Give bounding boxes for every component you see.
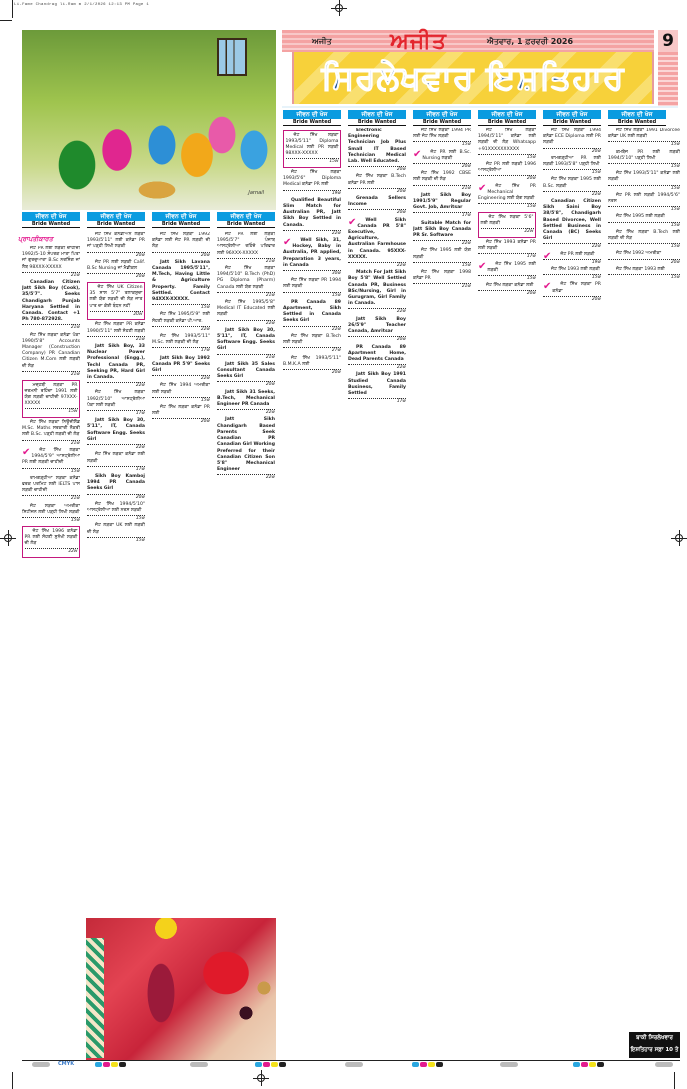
ad-text: ਜੱਟ ਸਿੱਖ ਲੜਕਾ 1993 ਲਈ — [608, 267, 680, 273]
classified-ad: Qualified Beautiful Slim Match for Austr… — [283, 198, 341, 237]
classified-ad: Canadian Citizen Sikh Saini Boy 38/5'8",… — [543, 199, 601, 251]
ad-code: 17w — [348, 398, 406, 405]
ad-code: 22w — [543, 191, 601, 198]
ad-text: ਜੱਟ ਸਿੱਖ PR Mechanical Engineering ਲਈ ਯੋ… — [478, 184, 536, 203]
checkmark-icon: ✔ — [348, 218, 356, 227]
ad-code: 21w — [22, 272, 80, 279]
column-header: ਜੀਵਨ ਦੀ ਖੋਜBride Wanted — [87, 212, 145, 228]
classified-ad: ਜੱਟ ਸਿੱਖ 1993/5'11" B.M.K.A ਲਈ20w — [283, 356, 341, 377]
classified-ad: Jatt Sikh Boy, 33 Nuclear Power Professi… — [87, 344, 145, 389]
ad-code: 17w — [478, 253, 536, 260]
classified-ad: ਰਾਮਗੜ੍ਹੀਆ ਲੜਕਾ ਕਨੇਡਾ ਵਰਕ ਪਰਮਿਟ ਲਈ IELTS … — [22, 476, 80, 503]
ad-text: ਜੱਟ ਸਿੱਖ 1993 ਕਨੇਡਾ PR ਲਈ ਲੜਕੀ — [478, 240, 536, 252]
ad-code: 20w — [413, 163, 471, 170]
ad-text: ਜੱਟ ਸਿੱਖ ਲੜਕਾ B.Tech ਕਨੇਡਾ PR ਲਈ — [348, 174, 406, 186]
ad-text: Jatt Sikh Boy 1991/5'9" Regular Govt. Jo… — [413, 193, 471, 212]
ad-code: 17w — [152, 347, 210, 354]
ad-text: Jatt Sikh 31 Seeks, B.Tech, Mechanical E… — [217, 390, 275, 409]
ad-text: ਜੱਟ PR ਲਈ ਲੜਕੀ 1994/5'6" ਨਰਸ — [608, 193, 680, 205]
ad-code: 15w — [543, 274, 601, 281]
ad-code: 22w — [543, 243, 601, 250]
ad-code: 15w — [152, 304, 210, 311]
ad-column-3: ਜੱਟ ਸਿੱਖ ਲੜਕਾ 1992 ਕਨੇਡਾ ਲਈ ਜੱਟ PR ਲੜਕੀ … — [152, 232, 210, 916]
ad-code: 22w — [348, 308, 406, 315]
classified-ad: ਜੱਟ ਸਿੱਖ 1995/5'9" ਲਈ ਸੋਹਣੀ ਲੜਕੀ ਕਨੇਡਾ ਪ… — [152, 312, 210, 333]
ad-text: ਜੱਟ ਸਿੱਖ ਲੜਕਾ B.Tech ਲਈ ਲੜਕੀ — [283, 334, 341, 346]
ad-code: 15w — [25, 408, 78, 415]
ad-text: Jatt Sikh Boy 26/5'9" Teacher Canada, Am… — [348, 317, 406, 336]
ad-text: Electronic Engineering Technician Job Pl… — [348, 128, 406, 165]
classified-ad: ਜੱਟ ਲੜਕਾ UK ਲਈ ਲੜਕੀ ਦੀ ਲੋੜ15w — [87, 523, 145, 544]
ad-code: 15w — [543, 169, 601, 176]
ad-text: ਜੱਟ ਸਿੱਖ ਲੜਕਾ ਕਨੇਡਾ ਲਈ ਲੜਕੀ — [87, 452, 145, 464]
classified-ad: ਜੱਟ ਸਿੱਖ ਲੜਕਾ 1995 ਲਈ B.Sc. ਲੜਕੀ22w — [543, 177, 601, 198]
classified-ad: ਜੱਟ ਸਿੱਖ ਲੜਕਾ ਕਨੇਡਾ ਪੱਕਾ 1990/5'8" Accou… — [22, 333, 80, 378]
classified-ad: ਜੱਟ ਸਿੱਖ 1993/5'11" ਕਨੇਡਾ ਲਈ ਲੜਕੀ15w — [608, 171, 680, 192]
ad-text: ਜੱਟ ਸਿੱਖ 1994/5'10" ਆਸਟ੍ਰੇਲੀਆ ਲਈ ਨਰਸ ਲੜਕ… — [87, 502, 145, 514]
column-header: ਜੀਵਨ ਦੀ ਖੋਜBride Wanted — [22, 212, 80, 228]
ad-column-9: ਜੱਟ ਸਿੱਖ ਲੜਕਾ 1994 ਕਨੇਡਾ ECE Diploma ਲਈ … — [543, 128, 601, 1058]
ad-text: ਜੱਟ ਸਿੱਖ ਲੜਕਾ PR 1994 ਲਈ ਲੜਕੀ — [283, 278, 341, 290]
ad-text: ਜੱਟ ਸਿੱਖ ਲੜਕਾ 1993/5'11" Diploma Medical… — [286, 133, 339, 158]
classified-ad: ਜੱਟ ਸਿੱਖ 1996 ਕਨੇਡਾ PR ਲਈ ਸੋਹਣੀ ਸੁਨੱਖੀ ਲ… — [22, 526, 80, 558]
column-header: ਜੀਵਨ ਦੀ ਖੋਜBride Wanted — [608, 110, 666, 126]
classified-ad: Jatt Sikh Chandigarh Based Parents Seek … — [217, 417, 275, 481]
classified-ad: Jatt Sikh Lavana Canada 1995/5'11", M.Te… — [152, 260, 210, 312]
ad-text: Match For Jatt Sikh Boy 5'8" Well Settle… — [348, 270, 406, 307]
ad-text: ਕਮਬੋਜ PR ਲਈ ਲੜਕੀ 1994/5'10" ਪੜ੍ਹੀ ਲਿਖੀ — [608, 150, 680, 162]
grey-swatch — [345, 1062, 363, 1067]
classified-ad: Jatt Sikh Boy 1991 Studied Canada Busine… — [348, 372, 406, 405]
ad-text: Qualified Beautiful Slim Match for Austr… — [283, 198, 341, 229]
ad-code: 15w — [478, 154, 536, 161]
classified-ad: ✔ਜੱਟ ਸਿੱਖ ਲੜਕਾ 1994/5'9" ਆਸਟ੍ਰੇਲੀਆ PR ਲਈ… — [22, 448, 80, 475]
column-header: ਜੀਵਨ ਦੀ ਖੋਜBride Wanted — [543, 110, 601, 126]
ad-column-2: ਜੱਟ ਸਿੱਖ ਕਨੇਡੀਅਨ ਲੜਕਾ 1993/5'11" ਲਈ ਕਨੇਡ… — [87, 232, 145, 916]
ad-text: ਜੱਟ ਸਿੱਖ ਲੜਕਾ ਨਿਊਜ਼ੀਲੈਂਡ M.Sc. Maths ਸਰਕ… — [22, 420, 80, 439]
masthead-top-band — [282, 30, 654, 52]
classified-ad: ਜੱਟ PR ਲਈ ਲੜਕੀ 1995/5'7" ਪੰਜਾਬ ਆਸਟ੍ਰੇਲੀਆ… — [217, 232, 275, 265]
classified-ad: ਜੱਟ ਸਿੱਖ 1992 ਅਮਰੀਕਾ20w — [608, 251, 680, 265]
grey-swatch — [190, 1062, 208, 1067]
classified-ad: ਜੱਟ ਸਿੱਖ ਲੜਕਾ B.Tech ਲਈ ਲੜਕੀ27w — [283, 334, 341, 355]
issue-date: ਐਤਵਾਰ, 1 ਫ਼ਰਵਰੀ 2026 — [487, 37, 573, 47]
ad-code: 17w — [87, 410, 145, 417]
checkmark-icon: ✔ — [478, 262, 486, 271]
classified-ad: ਜੱਟ ਸਿੱਖ ਲੜਕਾ 1994 ਕਨੇਡਾ ECE Diploma ਲਈ … — [543, 128, 601, 155]
ad-text: PR Canada 89 Apartment, Sikh Settled in … — [283, 300, 341, 325]
ad-code: 22w — [283, 326, 341, 333]
color-bar — [412, 1062, 443, 1067]
ad-text: PR Canada 89 Apartment Home, Dead Parent… — [348, 345, 406, 364]
footer-rule — [22, 1060, 680, 1061]
ad-code: 15w — [608, 206, 680, 213]
registration-mark-icon — [0, 530, 16, 546]
ad-code: 22w — [348, 364, 406, 371]
ad-code: 15w — [608, 141, 680, 148]
fabric-stripes — [86, 938, 104, 1058]
ad-text: Jatt Sikh Boy 1991 Studied Canada Busine… — [348, 372, 406, 397]
ad-text: ਜੱਟ PR ਲਈ ਲੜਕੀ 1995/5'7" ਪੰਜਾਬ ਆਸਟ੍ਰੇਲੀਆ… — [217, 232, 275, 257]
ad-text: ਰਾਮਗੜ੍ਹੀਆ ਲੜਕਾ ਕਨੇਡਾ ਵਰਕ ਪਰਮਿਟ ਲਈ IELTS … — [22, 476, 80, 495]
classified-ad: ਜੱਟ ਸਿੱਖ ਕਨੇਡੀਅਨ ਲੜਕਾ 1993/5'11" ਲਈ ਕਨੇਡ… — [87, 232, 145, 259]
ad-text: ਜੱਟ ਸਿੱਖ ਲੜਕਾ 1994/5'9" ਆਸਟ੍ਰੇਲੀਆ PR ਲਈ … — [22, 448, 80, 467]
color-bar — [255, 1062, 286, 1067]
ad-code: 20w — [608, 259, 680, 266]
ad-text: ਜੱਟ ਸਿੱਖ 1993/5'11" ਕਨੇਡਾ ਲਈ ਲੜਕੀ — [608, 171, 680, 183]
classified-ad: ਜੱਟ ਸਿੱਖ 1995 ਲਈ ਯੋਗ ਲੜਕੀ15w — [413, 248, 471, 269]
ad-code: 19w — [543, 259, 601, 266]
classified-ad: ਜੱਟ PR ਲਈ ਲੜਕੀ ਚਾਹੀਦੀ 1992/5-10 ਸੰਪਰਕ ਮਾ… — [22, 246, 80, 279]
ad-code: 22w — [348, 262, 406, 269]
bridal-bangles-photo — [86, 918, 276, 1060]
classified-ad: ਜੱਟ ਸਿੱਖ ਲੜਕਾ 1993/5'6" Diploma Medical … — [283, 170, 341, 197]
classified-ad: ਜੱਟ ਸਿੱਖ 1993 ਕਨੇਡਾ PR ਲਈ ਲੜਕੀ17w — [478, 240, 536, 261]
classified-ad: Suitable Match for Jatt Sikh Boy Canada … — [413, 221, 471, 248]
ad-code: 27w — [283, 347, 341, 354]
ad-code: 15w — [608, 185, 680, 192]
ad-text: ਜੱਟ ਸਿੱਖ ਕਨੇਡੀਅਨ ਲੜਕਾ 1993/5'11" ਲਈ ਕਨੇਡ… — [87, 232, 145, 251]
classified-ad: ਜੱਟ ਸਿੱਖ ਲੜਕਾ PR 1994 ਲਈ ਲੜਕੀ15w — [283, 278, 341, 299]
ad-code: 21w — [217, 258, 275, 265]
ad-code: 22w — [25, 548, 78, 555]
ad-text: ਜੱਟ ਸਿੱਖ ਲੜਕਾ 1993/5'6" Diploma Medical … — [283, 170, 341, 189]
classified-ad: ਜੱਟ ਸਿੱਖ ਲੜਕਾ B.Tech ਲਈ ਲੜਕੀ ਦੀ ਲੋੜ15w — [608, 230, 680, 251]
classified-ad: ਜੱਟ ਸਿੱਖ 1993/5'11" M.Sc. ਲਈ ਲੜਕੀ ਦੀ ਲੋੜ… — [152, 334, 210, 355]
classified-ad: ਜੱਟ PR ਲਈ ਲੜਕੀ 1994/5'6" ਨਰਸ15w — [608, 193, 680, 214]
crop-mark — [674, 1072, 675, 1089]
color-bar — [573, 1062, 604, 1067]
classified-ad: ਜੱਟ ਸਿੱਖ 1994/5'10" ਆਸਟ੍ਰੇਲੀਆ ਲਈ ਨਰਸ ਲੜਕ… — [87, 502, 145, 523]
ad-code: 30w — [283, 270, 341, 277]
classified-ad: ✔ਜੱਟ ਸਿੱਖ 1995 ਲਈ ਲੜਕੀ15w — [478, 262, 536, 283]
ad-code: 15w — [608, 243, 680, 250]
ad-text: ਜੱਟ PR ਲਈ B.Sc. Nursing ਲੜਕੀ — [413, 150, 471, 162]
ad-text: ਜੱਟ ਸਿੱਖ 1994 ਅਮਰੀਕਾ ਲਈ ਲੜਕੀ — [152, 383, 210, 395]
classified-ad: ਜੱਟ ਸਿੱਖ ਲੜਕਾ 1994 PR ਲਈ ਜੱਟ ਸਿੱਖ ਲੜਕੀ15… — [413, 128, 471, 149]
ad-text: Canadian Citizen Sikh Saini Boy 38/5'8",… — [543, 199, 601, 242]
ad-text: ਜੱਟ ਸਿੱਖ UK Citizen 35 ਸਾਲ 5'7" ਤਲਾਕਸ਼ੁਦ… — [90, 285, 143, 310]
column-header: ਜੀਵਨ ਦੀ ਖੋਜBride Wanted — [413, 110, 471, 126]
ad-code: 15w — [478, 203, 536, 210]
ad-column-5: ਜੱਟ ਸਿੱਖ ਲੜਕਾ 1993/5'11" Diploma Medical… — [283, 128, 341, 1058]
ad-code: 20w — [348, 209, 406, 216]
classified-ad: ਜੱਟ ਸਿੱਖ ਲੜਕਾ 1993 ਲਈ15w — [608, 267, 680, 281]
ad-code: 20w — [283, 369, 341, 376]
classified-ad: PR Canada 89 Apartment, Sikh Settled in … — [283, 300, 341, 333]
classified-ad: ਜੱਟ ਸਿੱਖ ਲੜਕਾ ਕਨੇਡਾ PR ਲਈ20w — [152, 405, 210, 426]
ad-code: 20w — [87, 252, 145, 259]
ad-text: ਜੱਟ ਸਿੱਖ 1995/5'8" Medical IT Educated ਲ… — [217, 300, 275, 319]
section-title-band: ਸਿਰਲੇਖਵਾਰ ਇਸ਼ਤਿਹਾਰ — [292, 52, 654, 104]
ad-text: ਜੱਟ ਸਿੱਖ 1993/5'11" M.Sc. ਲਈ ਲੜਕੀ ਦੀ ਲੋੜ — [152, 334, 210, 346]
classified-ad: ਜੱਟ ਸਿੱਖ ਲੜਕਾ PR ਕਨੇਡਾ 1990/5'11" ਲਈ ਸੋਹ… — [87, 322, 145, 343]
ad-code: 15w — [87, 537, 145, 544]
classified-ad: ਜੱਟ ਸਿੱਖ ਲੜਕਾ ਨਿਊਜ਼ੀਲੈਂਡ M.Sc. Maths ਸਰਕ… — [22, 420, 80, 447]
classified-ad: Canadian Citizen Jatt Sikh Boy (Cook), 3… — [22, 280, 80, 332]
ad-code: 20w — [348, 188, 406, 195]
classified-ad: PR Canada 89 Apartment Home, Dead Parent… — [348, 345, 406, 372]
ad-text: Grenada Sellers Income — [348, 196, 406, 208]
classified-ad: ਕਮਬੋਜ PR ਲਈ ਲੜਕੀ 1994/5'10" ਪੜ੍ਹੀ ਲਿਖੀ15… — [608, 150, 680, 171]
ad-code: 22w — [87, 382, 145, 389]
ad-code: 15w — [608, 274, 680, 281]
classified-ad: ਜੱਟ ਸਿੱਖ ਲੜਕਾ ਕਨੇਡਾ ਲਈ20w — [478, 283, 536, 297]
classified-ad: Grenada Sellers Income20w — [348, 196, 406, 217]
ad-text: ਜੱਟ ਸਿੱਖ ਲੜਕਾ 5'6" ਲਈ ਲੜਕੀ — [481, 215, 534, 227]
classified-ad: ਜੱਟ ਸਿੱਖ ਲੜਕਾ B.Tech ਕਨੇਡਾ PR ਲਈ20w — [348, 174, 406, 195]
ad-text: ਜੱਟ PR ਲਈ ਲੜਕੀ — [543, 252, 601, 258]
checkmark-icon: ✔ — [478, 184, 486, 193]
artist-signature: Jarnail — [248, 190, 264, 196]
cmyk-label: CMYK — [58, 1061, 74, 1067]
ad-column-4: ਜੱਟ PR ਲਈ ਲੜਕੀ 1995/5'7" ਪੰਜਾਬ ਆਸਟ੍ਰੇਲੀਆ… — [217, 232, 275, 916]
classified-ad: ਜੱਟ ਸਿੱਖ ਲੜਕਾ 5'6" ਲਈ ਲੜਕੀ22w — [478, 212, 536, 238]
classified-ad: ਜੱਟ ਸਿੱਖ 1995 ਲਈ ਲੜਕੀ15w — [608, 214, 680, 228]
classified-ad: ✔Well Sikh, 31, Hockey, Baby in Australi… — [283, 238, 341, 277]
grey-swatch — [655, 1062, 673, 1067]
ad-text: ਜੱਟ ਸਿੱਖ ਲੜਕਾ 1995 ਲਈ B.Sc. ਲੜਕੀ — [543, 177, 601, 189]
ad-text: ਜੱਟ ਸਿੱਖ ਲੜਕਾ 1994 PR ਲਈ ਜੱਟ ਸਿੱਖ ਲੜਕੀ — [413, 128, 471, 140]
ad-code: 17w — [413, 212, 471, 219]
ad-text: Jatt Sikh Boy 1992 Canada PR 5'9" Seeks … — [152, 356, 210, 375]
ad-column-10: ਜੱਟ ਸਿੱਖ ਲੜਕਾ 1991 Divorcee ਕਨੇਡਾ UK ਲਈ … — [608, 128, 680, 1028]
ad-code: 21w — [217, 354, 275, 361]
ad-text: ਜੱਟ ਸਿੱਖ 1993/5'11" B.M.K.A ਲਈ — [283, 356, 341, 368]
ad-text: Jatt Sikh Lavana Canada 1995/5'11", M.Te… — [152, 260, 210, 303]
classified-ad: ਜੱਟ ਸਿੱਖ ਲੜਕਾ ਕਨੇਡਾ ਲਈ ਲੜਕੀ17w — [87, 452, 145, 473]
ad-text: ਜੱਟ ਸਿੱਖ ਲੜਕਾ 1992/5'10" ਆਸਟ੍ਰੇਲੀਆ ਪੱਕਾ … — [87, 390, 145, 409]
ad-code: 19w — [283, 190, 341, 197]
crop-mark — [12, 0, 13, 18]
ad-code: 22w — [283, 230, 341, 237]
classified-ad: ✔ਜੱਟ ਸਿੱਖ PR Mechanical Engineering ਲਈ ਯ… — [478, 184, 536, 211]
checkmark-icon: ✔ — [22, 448, 30, 457]
classified-ad: Electronic Engineering Technician Job Pl… — [348, 128, 406, 173]
classified-ad: ਜੱਟ ਸਿੱਖ ਲੜਕਾ 1992/5'10" ਆਸਟ੍ਰੇਲੀਆ ਪੱਕਾ … — [87, 390, 145, 417]
classified-ad: Jatt Sikh Boy 1992 Canada PR 5'9" Seeks … — [152, 356, 210, 383]
grey-swatch — [32, 1062, 50, 1067]
ad-code: 22w — [217, 474, 275, 481]
column-header: ਜੀਵਨ ਦੀ ਖੋਜBride Wanted — [217, 212, 275, 228]
ad-code: 15w — [413, 262, 471, 269]
ad-code: 22w — [217, 409, 275, 416]
column-header: ਜੀਵਨ ਦੀ ਖੋਜBride Wanted — [478, 110, 536, 126]
ad-code: 22w — [152, 326, 210, 333]
ad-text: Jatt Sikh Boy 30, 5'11", IT, Canada Soft… — [217, 328, 275, 353]
ad-text: ਜੱਟ ਸਿੱਖ ਲੜਕਾ 1994 ਕਨੇਡਾ ECE Diploma ਲਈ … — [543, 128, 601, 147]
classified-ad: ✔ਜੱਟ ਸਿੱਖ ਲੜਕਾ PR ਕਨੇਡਾ20w — [543, 282, 601, 303]
classified-ad: ਜੱਟ ਸਿੱਖ ਲੜਕਾ 1998 ਕਨੇਡਾ PR21w — [413, 270, 471, 291]
masthead: ਅਜੀਤ ਅਜੀਤ ਐਤਵਾਰ, 1 ਫ਼ਰਵਰੀ 2026 9 ਸਿਰਲੇਖਵ… — [282, 30, 678, 108]
ad-code: 21w — [22, 495, 80, 502]
classified-ad: ਜੱਟ ਸਿੱਖ ਲੜਕਾ 1994/5'10" B.Tech (PhD) PG… — [217, 266, 275, 299]
classified-ad: ਜੱਟ ਸਿੱਖ ਲੜਕਾ 1993/5'11" Diploma Medical… — [283, 130, 341, 168]
classified-ad: ਜੱਟ ਸਿੱਖ 1992 CBSE ਲਈ ਲੜਕੀ ਦੀ ਲੋੜ21w — [413, 171, 471, 192]
classified-ad: Jatt Sikh Boy 30, 5'11", IT, Canada Soft… — [217, 328, 275, 361]
ad-text: ਜੱਟ PR ਲਈ ਲੜਕੀ ਚਾਹੀਦੀ 1992/5-10 ਸੰਪਰਕ ਮਾ… — [22, 246, 80, 271]
classified-ad: Match For Jatt Sikh Boy 5'8" Well Settle… — [348, 270, 406, 315]
section-title: ਸਿਰਲੇਖਵਾਰ ਇਸ਼ਤਿਹਾਰ — [294, 52, 652, 104]
ad-text: Suitable Match for Jatt Sikh Boy Canada … — [413, 221, 471, 240]
ad-column-7: ਜੱਟ ਸਿੱਖ ਲੜਕਾ 1994 PR ਲਈ ਜੱਟ ਸਿੱਖ ਲੜਕੀ15… — [413, 128, 471, 1058]
ad-code: 15w — [608, 222, 680, 229]
ad-text: ਜੱਟ ਲੜਕਾ UK ਲਈ ਲੜਕੀ ਦੀ ਲੋੜ — [87, 523, 145, 535]
ad-text: ਜੱਟ ਸਿੱਖ ਲੜਕਾ ਕਨੇਡਾ ਲਈ — [478, 283, 536, 289]
checkmark-icon: ✔ — [543, 252, 551, 261]
ad-text: Canadian Citizen Jatt Sikh Boy (Cook), 3… — [22, 280, 80, 323]
color-bar — [95, 1062, 126, 1067]
ad-text: ਜੱਟ ਸਿੱਖ 1993 ਲਈ ਲੜਕੀ — [543, 267, 601, 273]
checkmark-icon: ✔ — [413, 150, 421, 159]
classified-ad: Sikh Boy Kamboj 1994 PR Canada Seeks Gir… — [87, 474, 145, 501]
ad-text: ਜੱਟ ਸਿੱਖ ਲੜਕਾ 1994/5'10" B.Tech (PhD) PG… — [217, 266, 275, 291]
crop-mark — [0, 20, 12, 21]
ad-code: 20w — [152, 418, 210, 425]
column-header: ਜੀਵਨ ਦੀ ਖੋਜBride Wanted — [283, 110, 341, 126]
ad-code: 15w — [22, 517, 80, 524]
ad-text: ਜੱਟ ਸਿੱਖ 1996 ਕਨੇਡਾ PR ਲਈ ਸੋਹਣੀ ਸੁਨੱਖੀ ਲ… — [25, 529, 78, 548]
ad-code: 22w — [152, 375, 210, 382]
ad-text: ਜੱਟ ਸਿੱਖ 1995 ਲਈ ਯੋਗ ਲੜਕੀ — [413, 248, 471, 260]
ad-text: ਮਜ਼੍ਹਬੀ ਲੜਕਾ PR ਜਰਮਨੀ ਰਹਿੰਦਾ 1991 ਲਈ ਯੋਗ… — [25, 383, 78, 408]
classified-ad: ਮਜ਼੍ਹਬੀ ਲੜਕਾ PR ਜਰਮਨੀ ਰਹਿੰਦਾ 1991 ਲਈ ਯੋਗ… — [22, 380, 80, 418]
ad-text: Well Sikh Canada PR 5'8" Executive, Agri… — [348, 218, 406, 261]
ad-code: 15w — [87, 515, 145, 522]
classified-ad: ✔ਜੱਟ PR ਲਈ B.Sc. Nursing ਲੜਕੀ20w — [413, 150, 471, 171]
classified-ad: ਜੱਟ ਸਿੱਖ 1994 ਅਮਰੀਕਾ ਲਈ ਲੜਕੀ15w — [152, 383, 210, 404]
window-illustration — [217, 38, 247, 76]
ad-text: ਜੱਟ PR ਲਈ ਲੜਕੀ 1996 ਆਸਟ੍ਰੇਲੀਆ — [478, 162, 536, 174]
ad-code: 15w — [283, 292, 341, 299]
ad-code: 15w — [478, 275, 536, 282]
ad-code: 20w — [348, 166, 406, 173]
ad-text: ਜੱਟ ਸਿੱਖ ਲੜਕਾ 1991 Divorcee ਕਨੇਡਾ UK ਲਈ … — [608, 128, 680, 140]
grey-swatch — [500, 1062, 518, 1067]
ad-code: 15w — [413, 141, 471, 148]
classified-ad: Jatt Sikh Boy 1991/5'9" Regular Govt. Jo… — [413, 193, 471, 220]
classified-ad: Jatt Sikh Boy 26/5'9" Teacher Canada, Am… — [348, 317, 406, 344]
classified-ad: ਜੱਟ ਸਿੱਖ 1995/5'8" Medical IT Educated ਲ… — [217, 300, 275, 327]
masthead-divider — [282, 106, 678, 108]
ad-code: 21w — [87, 336, 145, 343]
ad-code: 15w — [22, 468, 80, 475]
ad-code: 20w — [478, 175, 536, 182]
masthead-side-stripe — [658, 52, 678, 108]
classified-ad: ਜੱਟ ਲੜਕਾ ਅਮਰੀਕਾ ਸਿਟੀਜ਼ਨ ਲਈ ਪੜ੍ਹੀ ਲਿਖੀ ਲੜ… — [22, 504, 80, 525]
ad-text: ਜੱਟ ਸਿੱਖ 1995 ਲਈ ਲੜਕੀ — [478, 262, 536, 274]
page-number: 9 — [658, 30, 678, 52]
ad-text: Jatt Sikh Boy, 33 Nuclear Power Professi… — [87, 344, 145, 381]
classified-ad: ✔Well Sikh Canada PR 5'8" Executive, Agr… — [348, 218, 406, 270]
ad-code: 21w — [22, 324, 80, 331]
ad-text: ਜੱਟ ਸਿੱਖ ਲੜਕਾ 1994/5'11" ਕਨੇਡਾ ਲਈ ਲੜਕੀ ਦ… — [478, 128, 536, 153]
ad-code: 22w — [413, 240, 471, 247]
ad-text: ਜੱਟ ਸਿੱਖ 1995/5'9" ਲਈ ਸੋਹਣੀ ਲੜਕੀ ਕਨੇਡਾ ਪ… — [152, 312, 210, 324]
ad-code: 21w — [413, 283, 471, 290]
classified-ad: ਜੱਟ ਸਿੱਖ 1993 ਲਈ ਲੜਕੀ15w — [543, 267, 601, 281]
hero-illustration: Jarnail — [22, 30, 276, 210]
classified-ad: Jatt Sikh 35 Sales Consultant Canada See… — [217, 362, 275, 389]
category-label: ਪ੍ਰਾਪਤੀਕਾਰਤ — [18, 235, 68, 244]
continued-ads-notice: ਬਾਕੀ ਸਿਰਲੇਖਵਾਰ ਇਸ਼ਤਿਹਾਰ ਸਫ਼ਾ 10 ਤੇ — [629, 1032, 680, 1058]
ad-text: ਜੱਟ ਸਿੱਖ ਲੜਕਾ 1998 ਕਨੇਡਾ PR — [413, 270, 471, 282]
ad-code: 20w — [348, 336, 406, 343]
checkmark-icon: ✔ — [283, 238, 291, 247]
ad-code: 15w — [152, 397, 210, 404]
ad-code: 20w — [90, 311, 143, 318]
ad-code: 22w — [217, 320, 275, 327]
ad-text: ਜੱਟ ਸਿੱਖ ਲੜਕਾ ਕਨੇਡਾ ਪੱਕਾ 1990/5'8" Accou… — [22, 333, 80, 370]
classified-ad: ਜੱਟ ਸਿੱਖ UK Citizen 35 ਸਾਲ 5'7" ਤਲਾਕਸ਼ੁਦ… — [87, 282, 145, 320]
ad-code: 21w — [217, 292, 275, 299]
ad-text: ਜੱਟ ਲੜਕਾ ਅਮਰੀਕਾ ਸਿਟੀਜ਼ਨ ਲਈ ਪੜ੍ਹੀ ਲਿਖੀ ਲੜ… — [22, 504, 80, 516]
print-slug: Li-Fame Chandrag li-Ram m 2/1/2026 12:13… — [14, 3, 149, 7]
ad-code: 21w — [22, 371, 80, 378]
ad-text: ਜੱਟ ਸਿੱਖ ਲੜਕਾ PR ਕਨੇਡਾ — [543, 282, 601, 294]
ad-code: 20w — [543, 296, 601, 303]
crop-mark — [12, 1072, 13, 1089]
ad-text: Jatt Sikh Boy 30, 5'11", IT, Canada Soft… — [87, 418, 145, 443]
checkmark-icon: ✔ — [543, 282, 551, 291]
ad-text: Sikh Boy Kamboj 1994 PR Canada Seeks Gir… — [87, 474, 145, 493]
ad-code: 15w — [286, 158, 339, 165]
ad-column-8: ਜੱਟ ਸਿੱਖ ਲੜਕਾ 1994/5'11" ਕਨੇਡਾ ਲਈ ਲੜਕੀ ਦ… — [478, 128, 536, 1058]
ad-text: Jatt Sikh 35 Sales Consultant Canada See… — [217, 362, 275, 381]
classified-ad: Jatt Sikh 31 Seeks, B.Tech, Mechanical E… — [217, 390, 275, 417]
ad-text: ਜੱਟ ਸਿੱਖ ਲੜਕਾ B.Tech ਲਈ ਲੜਕੀ ਦੀ ਲੋੜ — [608, 230, 680, 242]
registration-mark-icon — [253, 1070, 269, 1086]
classified-ad: ਜੱਟ ਸਿੱਖ ਲੜਕਾ 1994/5'11" ਕਨੇਡਾ ਲਈ ਲੜਕੀ ਦ… — [478, 128, 536, 161]
column-header: ਜੀਵਨ ਦੀ ਖੋਜBride Wanted — [152, 212, 210, 228]
ad-text: ਜੱਟ ਸਿੱਖ 1992 CBSE ਲਈ ਲੜਕੀ ਦੀ ਲੋੜ — [413, 171, 471, 183]
ad-code: 22w — [87, 444, 145, 451]
classified-ad: ਜੱਟ ਸਿੱਖ ਲੜਕਾ 1992 ਕਨੇਡਾ ਲਈ ਜੱਟ PR ਲੜਕੀ … — [152, 232, 210, 259]
ad-text: ਜੱਟ PR ਲਈ ਲੜਕੀ Calif. B.Sc Nursing ਜਾਂ ਮ… — [87, 260, 145, 272]
ad-code: 20w — [87, 494, 145, 501]
ad-text: ਜੱਟ ਸਿੱਖ ਲੜਕਾ 1992 ਕਨੇਡਾ ਲਈ ਜੱਟ PR ਲੜਕੀ … — [152, 232, 210, 251]
ad-code: 21w — [413, 185, 471, 192]
ad-text: ਜੱਟ ਸਿੱਖ ਲੜਕਾ PR ਕਨੇਡਾ 1990/5'11" ਲਈ ਸੋਹ… — [87, 322, 145, 334]
newspaper-logo: ਅਜੀਤ — [390, 28, 447, 54]
ad-code: 22w — [481, 228, 534, 235]
ad-code: 17w — [87, 466, 145, 473]
ad-text: ਰਾਮਗੜ੍ਹੀਆ PR ਲਈ ਲੜਕੀ 1993/5'8" ਪੜ੍ਹੀ ਲਿਖ… — [543, 156, 601, 168]
classified-ad: ਜੱਟ PR ਲਈ ਲੜਕੀ 1996 ਆਸਟ੍ਰੇਲੀਆ20w — [478, 162, 536, 183]
ad-code: 20w — [217, 381, 275, 388]
ad-column-6: Electronic Engineering Technician Job Pl… — [348, 128, 406, 1058]
ad-column-1: ਜੱਟ PR ਲਈ ਲੜਕੀ ਚਾਹੀਦੀ 1992/5-10 ਸੰਪਰਕ ਮਾ… — [22, 246, 80, 1058]
classified-ad: ਜੱਟ ਸਿੱਖ ਲੜਕਾ 1991 Divorcee ਕਨੇਡਾ UK ਲਈ … — [608, 128, 680, 149]
ad-code: 20w — [87, 273, 145, 280]
ad-text: ਜੱਟ ਸਿੱਖ 1995 ਲਈ ਲੜਕੀ — [608, 214, 680, 220]
ad-code: 20w — [543, 148, 601, 155]
column-header: ਜੀਵਨ ਦੀ ਖੋਜBride Wanted — [348, 110, 406, 126]
paper-name-small: ਅਜੀਤ — [312, 37, 332, 47]
ad-code: 20w — [152, 252, 210, 259]
ad-code: 21w — [22, 440, 80, 447]
ad-text: ਜੱਟ ਸਿੱਖ 1992 ਅਮਰੀਕਾ — [608, 251, 680, 257]
ad-text: Jatt Sikh Chandigarh Based Parents Seek … — [217, 417, 275, 473]
ad-text: Well Sikh, 31, Hockey, Baby in Australia… — [283, 238, 341, 269]
registration-mark-icon — [331, 0, 347, 16]
ad-code: 15w — [608, 163, 680, 170]
classified-ad: ਰਾਮਗੜ੍ਹੀਆ PR ਲਈ ਲੜਕੀ 1993/5'8" ਪੜ੍ਹੀ ਲਿਖ… — [543, 156, 601, 177]
classified-ad: Jatt Sikh Boy 30, 5'11", IT, Canada Soft… — [87, 418, 145, 451]
classified-ad: ✔ਜੱਟ PR ਲਈ ਲੜਕੀ19w — [543, 252, 601, 266]
ad-text: ਜੱਟ ਸਿੱਖ ਲੜਕਾ ਕਨੇਡਾ PR ਲਈ — [152, 405, 210, 417]
ad-code: 20w — [478, 290, 536, 297]
